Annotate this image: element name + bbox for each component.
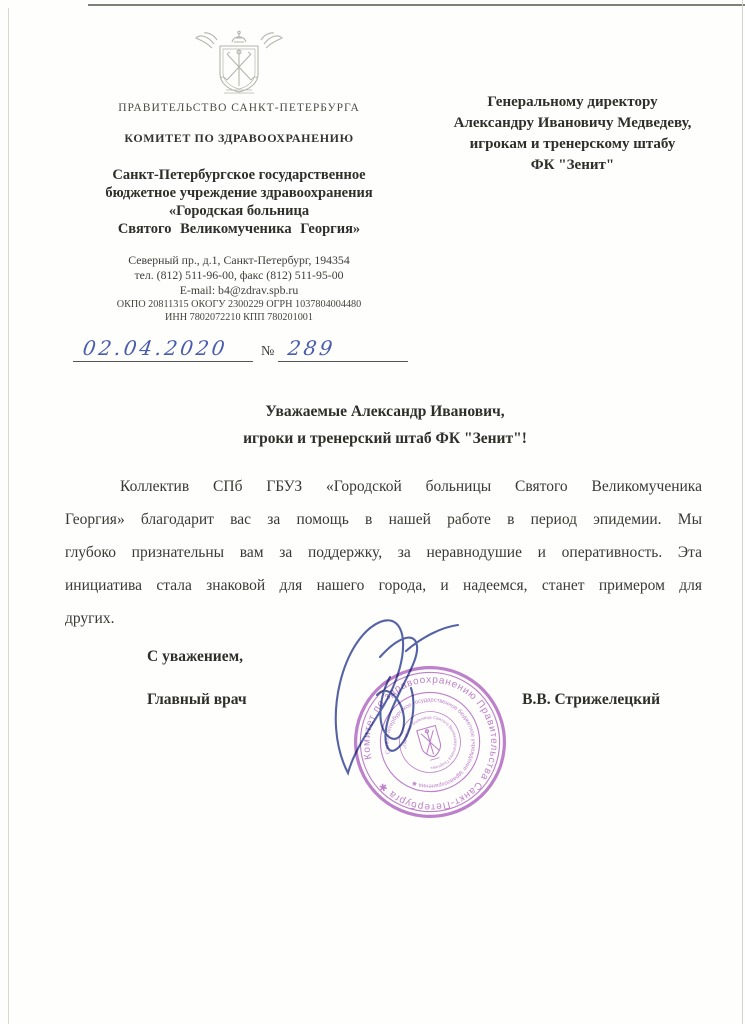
body-line: глубоко признательны вам за поддержку, з… [65,536,702,569]
recipient-line: игрокам и тренерскому штабу [405,134,740,155]
body-line: Коллектив СПб ГБУЗ «Городской больницы С… [65,470,702,503]
signer-title: Главный врач [147,691,247,709]
date-field: 02.04.2020 [73,336,253,362]
reference-line: 02.04.2020№289 [55,336,423,362]
committee-line: КОМИТЕТ ПО ЗДРАВООХРАНЕНИЮ [55,131,423,146]
scan-edge-left [8,8,9,1024]
body-line: инициатива стала знаковой для нашего гор… [65,569,702,602]
codes-line: ОКПО 20811315 ОКОГУ 2300229 ОГРН 1037804… [55,298,423,311]
body-paragraph: Коллектив СПб ГБУЗ «Городской больницы С… [65,470,702,635]
number-field: 289 [278,336,408,362]
handwritten-date: 02.04.2020 [81,336,229,360]
scan-edge-top [88,4,745,6]
signer-name: В.В. Стрижелецкий [522,691,660,709]
address-block: Северный пр., д.1, Санкт-Петербург, 1943… [55,253,423,324]
recipient-block: Генеральному директору Александру Иванов… [405,92,740,176]
salutation-line: Уважаемые Александр Иванович, [65,398,705,425]
recipient-line: Александру Ивановичу Медведеву, [405,113,740,134]
org-line: «Городская больница [55,202,423,220]
address-line: Северный пр., д.1, Санкт-Петербург, 1943… [55,253,423,268]
salutation: Уважаемые Александр Иванович, игроки и т… [65,398,705,452]
email-line: E-mail: b4@zdrav.spb.ru [55,283,423,298]
ink-signature [318,615,478,790]
spb-coat-of-arms-icon [55,30,423,96]
organization-name: Санкт-Петербургское государственное бюдж… [55,166,423,238]
salutation-line: игроки и тренерский штаб ФК "Зенит"! [65,425,705,452]
recipient-line: Генеральному директору [405,92,740,113]
codes-line: ИНН 7802072210 КПП 780201001 [55,311,423,324]
scanned-letter-page: ПРАВИТЕЛЬСТВО САНКТ-ПЕТЕРБУРГА КОМИТЕТ П… [0,0,745,1024]
recipient-line: ФК "Зенит" [405,155,740,176]
phone-line: тел. (812) 511-96-00, факс (812) 511-95-… [55,268,423,283]
scan-edge-right [742,0,743,1024]
number-sign: № [261,344,274,359]
letterhead: ПРАВИТЕЛЬСТВО САНКТ-ПЕТЕРБУРГА КОМИТЕТ П… [55,30,423,362]
org-line: Святого Великомученика Георгия» [55,220,423,238]
body-line: Георгия» благодарит вас за помощь в наше… [65,503,702,536]
government-line: ПРАВИТЕЛЬСТВО САНКТ-ПЕТЕРБУРГА [55,102,423,114]
org-line: Санкт-Петербургское государственное [55,166,423,184]
org-line: бюджетное учреждение здравоохранения [55,184,423,202]
handwritten-number: 289 [287,336,338,360]
